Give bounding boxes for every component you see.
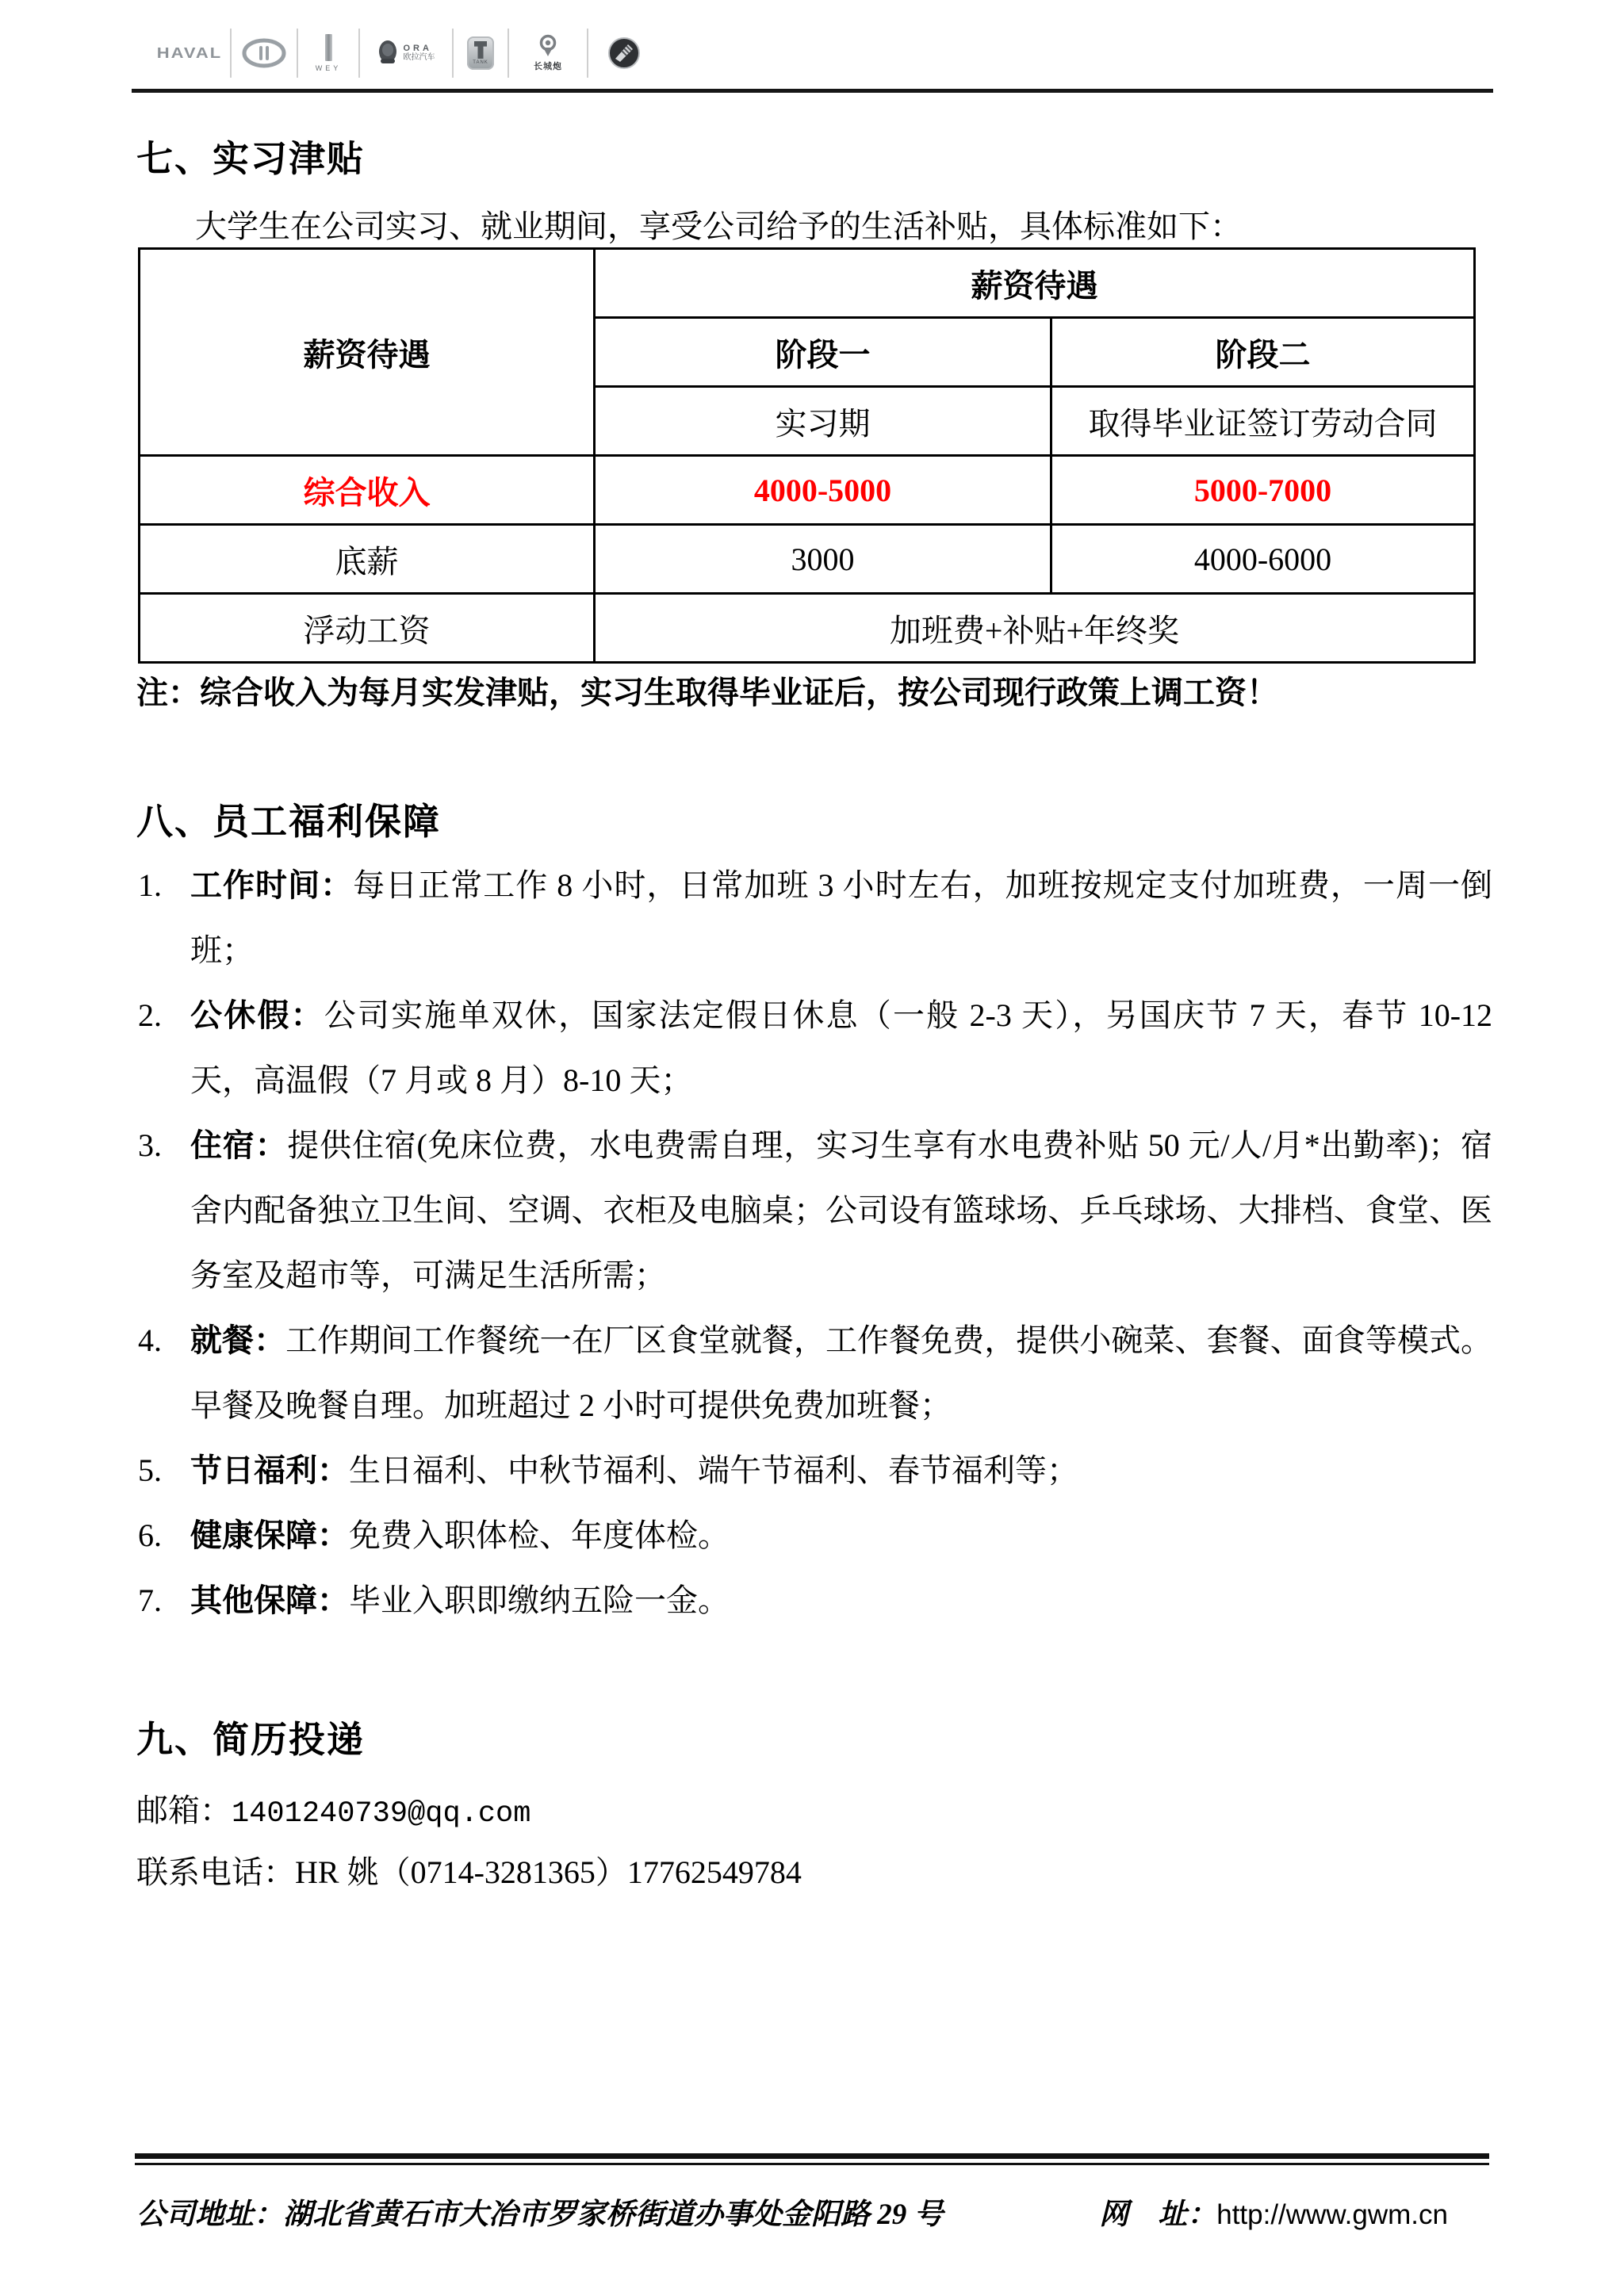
item-number: 3. bbox=[138, 1113, 162, 1178]
haval-logo: HAVAL bbox=[149, 29, 232, 78]
table-row: 薪资待遇 薪资待遇 bbox=[140, 249, 1475, 318]
phone-label: 联系电话： bbox=[136, 1854, 295, 1890]
stage1-header: 阶段一 bbox=[595, 318, 1051, 387]
benefit-item-insurance: 7.其他保障：毕业入职即缴纳五险一金。 bbox=[133, 1568, 1492, 1633]
ora-logo: ORA 欧拉汽车 bbox=[360, 29, 454, 78]
item-label: 工作时间： bbox=[190, 867, 353, 903]
ora-chinese-text: 欧拉汽车 bbox=[404, 53, 435, 62]
brand-logo-strip: HAVAL WEY ORA 欧拉汽车 bbox=[149, 29, 660, 78]
item-text: 免费入职体检、年度体检。 bbox=[349, 1517, 730, 1553]
item-text: 每日正常工作 8 小时，日常加班 3 小时左右，加班按规定支付加班费，一周一倒班… bbox=[190, 867, 1492, 968]
tank-wordmark: TANK bbox=[473, 60, 488, 65]
stage2-desc: 取得毕业证签订劳动合同 bbox=[1051, 387, 1475, 456]
website-label: 网 址： bbox=[1099, 2198, 1216, 2231]
globe-icon bbox=[607, 36, 641, 70]
ora-helmet-icon bbox=[377, 40, 398, 67]
benefit-item-worktime: 1.工作时间：每日正常工作 8 小时，日常加班 3 小时左右，加班按规定支付加班… bbox=[133, 853, 1492, 983]
header-rule bbox=[132, 89, 1493, 93]
item-label: 其他保障： bbox=[190, 1582, 349, 1618]
footer: 公司地址：湖北省黄石市大冶市罗家桥街道办事处金阳路 29 号 网 址：http:… bbox=[136, 2190, 1489, 2233]
section7-intro: 大学生在公司实习、就业期间，享受公司给予的生活补贴，具体标准如下： bbox=[195, 201, 1242, 247]
company-address: 公司地址：湖北省黄石市大冶市罗家桥街道办事处金阳路 29 号 bbox=[136, 2190, 944, 2233]
salary-note: 注：综合收入为每月实发津贴，实习生取得毕业证后，按公司现行政策上调工资！ bbox=[136, 668, 1278, 713]
item-number: 1. bbox=[138, 853, 162, 918]
table-row: 底薪 3000 4000-6000 bbox=[140, 525, 1475, 594]
wey-logo: WEY bbox=[298, 29, 360, 78]
website-url: http://www.gwm.cn bbox=[1216, 2199, 1448, 2230]
ora-name-text: ORA bbox=[404, 44, 435, 53]
item-number: 6. bbox=[138, 1503, 162, 1568]
item-text: 毕业入职即缴纳五险一金。 bbox=[349, 1582, 730, 1618]
benefit-item-festival: 5.节日福利：生日福利、中秋节福利、端午节福利、春节福利等； bbox=[133, 1438, 1492, 1503]
table-row: 综合收入 4000-5000 5000-7000 bbox=[140, 456, 1475, 525]
item-label: 住宿： bbox=[190, 1127, 287, 1163]
item-label: 公休假： bbox=[190, 997, 324, 1033]
footer-rule-thin bbox=[135, 2163, 1489, 2165]
table-row: 浮动工资 加班费+补贴+年终奖 bbox=[140, 594, 1475, 663]
footer-rule-thick bbox=[135, 2153, 1489, 2159]
income-stage2-value: 5000-7000 bbox=[1051, 456, 1475, 525]
item-label: 就餐： bbox=[190, 1322, 285, 1358]
base-stage1-value: 3000 bbox=[595, 525, 1051, 594]
benefit-item-housing: 3.住宿：提供住宿(免床位费，水电费需自理，实习生享有水电费补贴 50 元/人/… bbox=[133, 1113, 1492, 1308]
section8-title: 八、员工福利保障 bbox=[136, 793, 441, 845]
phone-value: HR 姚（0714-3281365）17762549784 bbox=[295, 1854, 802, 1890]
email-value: 1401240739@qq.com bbox=[232, 1797, 530, 1831]
income-stage1-value: 4000-5000 bbox=[595, 456, 1051, 525]
tank-badge-icon: TANK bbox=[467, 36, 494, 70]
salary-corner-cell: 薪资待遇 bbox=[140, 249, 595, 456]
section9-title: 九、简历投递 bbox=[136, 1711, 365, 1763]
benefit-item-dining: 4.就餐：工作期间工作餐统一在厂区食堂就餐，工作餐免费，提供小碗菜、套餐、面食等… bbox=[133, 1308, 1492, 1438]
stage1-desc: 实习期 bbox=[595, 387, 1051, 456]
email-label: 邮箱： bbox=[136, 1793, 232, 1828]
gwm-pao-logo: 长城炮 bbox=[509, 29, 588, 78]
gwm-globe-logo bbox=[588, 29, 660, 78]
item-number: 5. bbox=[138, 1438, 162, 1503]
address-label: 公司地址： bbox=[136, 2198, 283, 2231]
stage2-header: 阶段二 bbox=[1051, 318, 1475, 387]
item-text: 工作期间工作餐统一在厂区食堂就餐，工作餐免费，提供小碗菜、套餐、面食等模式。早餐… bbox=[190, 1322, 1492, 1423]
gwm-badge-logo bbox=[232, 29, 298, 78]
pao-pin-icon bbox=[538, 34, 558, 58]
wey-tower-icon bbox=[325, 34, 332, 61]
company-website: 网 址：http://www.gwm.cn bbox=[1099, 2190, 1448, 2233]
item-number: 4. bbox=[138, 1308, 162, 1373]
section7-title: 七、实习津贴 bbox=[136, 130, 365, 182]
phone-line: 联系电话：HR 姚（0714-3281365）17762549784 bbox=[136, 1847, 802, 1892]
item-text: 提供住宿(免床位费，水电费需自理，实习生享有水电费补贴 50 元/人/月*出勤率… bbox=[190, 1127, 1492, 1293]
base-label: 底薪 bbox=[140, 525, 595, 594]
item-text: 生日福利、中秋节福利、端午节福利、春节福利等； bbox=[349, 1452, 1078, 1488]
wey-wordmark: WEY bbox=[316, 64, 342, 72]
gwm-oval-icon bbox=[242, 38, 286, 68]
email-line: 邮箱：1401240739@qq.com bbox=[136, 1785, 530, 1831]
benefit-list: 1.工作时间：每日正常工作 8 小时，日常加班 3 小时左右，加班按规定支付加班… bbox=[133, 853, 1492, 1633]
income-label: 综合收入 bbox=[140, 456, 595, 525]
item-number: 2. bbox=[138, 983, 162, 1048]
tank-t-glyph bbox=[474, 41, 487, 59]
base-stage2-value: 4000-6000 bbox=[1051, 525, 1475, 594]
float-label: 浮动工资 bbox=[140, 594, 595, 663]
benefit-item-holiday: 2.公休假：公司实施单双休，国家法定假日休息（一般 2-3 天），另国庆节 7 … bbox=[133, 983, 1492, 1113]
salary-group-header: 薪资待遇 bbox=[595, 249, 1475, 318]
item-label: 健康保障： bbox=[190, 1517, 349, 1553]
item-text: 公司实施单双休，国家法定假日休息（一般 2-3 天），另国庆节 7 天，春节 1… bbox=[190, 997, 1492, 1098]
tank-logo: TANK bbox=[454, 29, 509, 78]
item-label: 节日福利： bbox=[190, 1452, 349, 1488]
item-number: 7. bbox=[138, 1568, 162, 1633]
float-value: 加班费+补贴+年终奖 bbox=[595, 594, 1475, 663]
address-value: 湖北省黄石市大冶市罗家桥街道办事处金阳路 29 号 bbox=[283, 2198, 944, 2231]
ora-wordmark: ORA 欧拉汽车 bbox=[404, 44, 435, 62]
document-page: HAVAL WEY ORA 欧拉汽车 bbox=[0, 0, 1624, 2296]
pao-wordmark: 长城炮 bbox=[534, 59, 562, 72]
benefit-item-health: 6.健康保障：免费入职体检、年度体检。 bbox=[133, 1503, 1492, 1568]
salary-table: 薪资待遇 薪资待遇 阶段一 阶段二 实习期 取得毕业证签订劳动合同 综合收入 4… bbox=[138, 247, 1476, 664]
haval-wordmark: HAVAL bbox=[157, 44, 223, 62]
